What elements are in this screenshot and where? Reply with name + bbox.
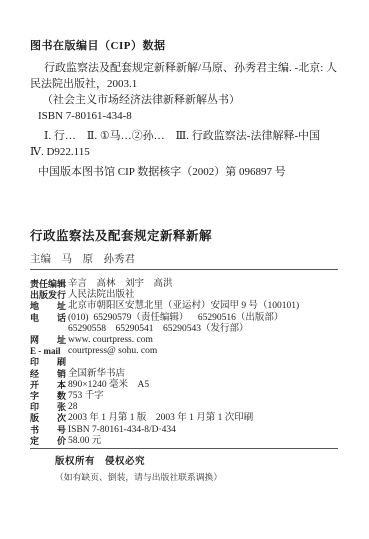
row-label [30, 324, 68, 335]
cip-classification-line1: Ⅰ. 行… Ⅱ. ①马…②孙… Ⅲ. 行政监察法-法律解释-中国 [30, 128, 347, 144]
cip-classification-line2: Ⅳ. D922.115 [30, 144, 347, 160]
row-label: 版 次 [30, 413, 68, 424]
row-value: ISBN 7-80161-434-8/D·434 [68, 425, 353, 436]
divider-top [30, 269, 338, 270]
row-value: 890×1240 毫米 A5 [68, 380, 353, 391]
colophon-row-publisher: 出版发行人民法院出版社 [30, 290, 353, 301]
colophon-row-editor: 责任编辑辛言 高林 刘宇 高洪 [30, 279, 353, 290]
divider-bottom [30, 448, 338, 449]
row-value: 58.00 元 [68, 436, 353, 447]
colophon-row-website: 网 址www. courtpress. com [30, 335, 353, 346]
row-label: 电 话 [30, 313, 68, 324]
colophon-row-phone: 电 话(010) 65290579（责任编辑） 65290516（出版部） [30, 313, 353, 324]
row-label: 印 张 [30, 402, 68, 413]
row-label: 经 销 [30, 369, 68, 380]
row-label: 开 本 [30, 380, 68, 391]
row-label: E - mail [30, 346, 68, 357]
colophon-row-address: 地 址北京市朝阳区安慧北里（亚运村）安园甲 9 号（100101) [30, 301, 353, 312]
row-value: 65290558 65290541 65290543（发行部） [68, 324, 353, 335]
row-value: 北京市朝阳区安慧北里（亚运村）安园甲 9 号（100101) [68, 301, 353, 312]
row-value: www. courtpress. com [68, 335, 353, 346]
title-block: 行政监察法及配套规定新释新解 主编 马 原 孙秀君 [30, 226, 212, 266]
colophon-row-format: 开 本890×1240 毫米 A5 [30, 380, 353, 391]
colophon-row-phone-cont: 65290558 65290541 65290543（发行部） [30, 324, 353, 335]
row-value [68, 357, 353, 368]
row-value: 2003 年 1 月第 1 版 2003 年 1 月第 1 次印刷 [68, 413, 353, 424]
row-label: 网 址 [30, 335, 68, 346]
footer-block: 版权所有 侵权必究 （如有缺页、倒装，请与出版社联系调换） [55, 453, 222, 483]
cip-entry-line1: 行政监察法及配套规定新释新解/马原、孙秀君主编. -北京: 人 [30, 60, 347, 76]
colophon-row-printer: 印 刷 [30, 357, 353, 368]
colophon-row-booknumber: 书 号ISBN 7-80161-434-8/D·434 [30, 425, 353, 436]
row-label: 印 刷 [30, 357, 68, 368]
cip-record: 中国版本图书馆 CIP 数据核字（2002）第 096897 号 [30, 164, 347, 180]
cip-heading: 图书在版编目（CIP）数据 [30, 38, 347, 54]
cip-entry-line2: 民法院出版社，2003.1 [30, 76, 347, 92]
row-value: 28 [68, 402, 353, 413]
row-label: 责任编辑 [30, 279, 68, 290]
book-editors: 主编 马 原 孙秀君 [30, 251, 212, 266]
row-label: 出版发行 [30, 290, 68, 301]
colophon-row-edition: 版 次2003 年 1 月第 1 版 2003 年 1 月第 1 次印刷 [30, 413, 353, 424]
colophon-row-email: E - mailcourtpress@ sohu. com [30, 346, 353, 357]
colophon-row-wordcount: 字 数753 千字 [30, 391, 353, 402]
colophon-row-price: 定 价58.00 元 [30, 436, 353, 447]
copyright-page: 图书在版编目（CIP）数据 行政监察法及配套规定新释新解/马原、孙秀君主编. -… [0, 0, 369, 539]
row-label: 字 数 [30, 391, 68, 402]
cip-isbn: ISBN 7-80161-434-8 [30, 108, 347, 124]
row-label: 地 址 [30, 301, 68, 312]
cip-block: 图书在版编目（CIP）数据 行政监察法及配套规定新释新解/马原、孙秀君主编. -… [30, 38, 347, 180]
row-label: 书 号 [30, 425, 68, 436]
row-value: 人民法院出版社 [68, 290, 353, 301]
replacement-note: （如有缺页、倒装，请与出版社联系调换） [55, 470, 222, 483]
colophon-block: 责任编辑辛言 高林 刘宇 高洪 出版发行人民法院出版社 地 址北京市朝阳区安慧北… [30, 279, 353, 447]
row-value: courtpress@ sohu. com [68, 346, 353, 357]
book-title: 行政监察法及配套规定新释新解 [30, 226, 212, 244]
row-label: 定 价 [30, 436, 68, 447]
row-value: 753 千字 [68, 391, 353, 402]
row-value: (010) 65290579（责任编辑） 65290516（出版部） [68, 313, 353, 324]
colophon-row-sheets: 印 张28 [30, 402, 353, 413]
row-value: 全国新华书店 [68, 369, 353, 380]
copyright-notice: 版权所有 侵权必究 [55, 453, 222, 467]
colophon-row-distributor: 经 销全国新华书店 [30, 369, 353, 380]
cip-series: （社会主义市场经济法律新释新解丛书） [30, 92, 347, 108]
row-value: 辛言 高林 刘宇 高洪 [68, 279, 353, 290]
